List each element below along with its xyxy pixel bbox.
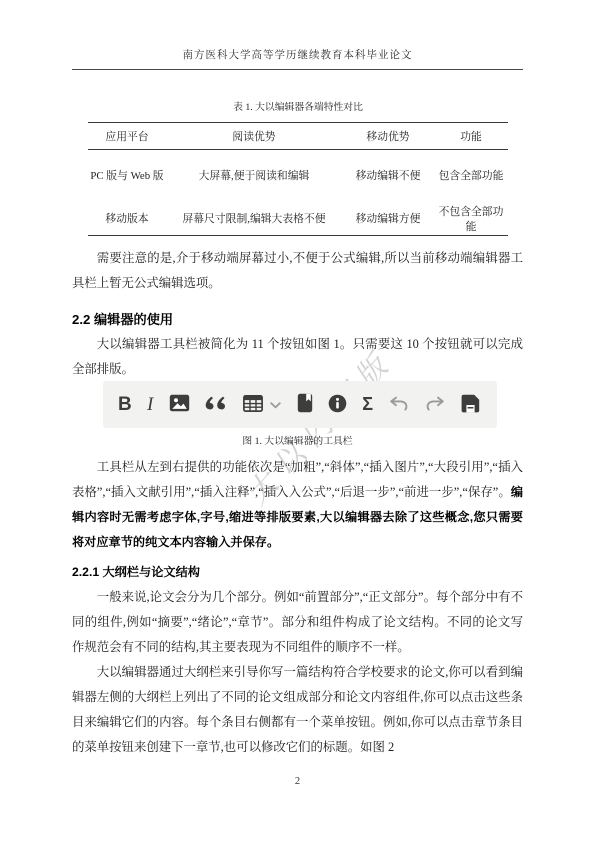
figure-caption: 图 1. 大以编辑器的工具栏 <box>72 433 523 447</box>
italic-icon: I <box>147 394 153 416</box>
table-cell: 不包含全部功能 <box>434 202 508 236</box>
column-header: 功能 <box>434 123 508 150</box>
column-header: 移动优势 <box>342 123 434 150</box>
editor-toolbar-figure: B I <box>103 381 497 428</box>
save-floppy-icon <box>461 394 480 416</box>
paragraph-toolbar-intro: 大以编辑器工具栏被简化为 11 个按钮如图 1。只需要这 10 个按钮就可以完成… <box>72 332 523 382</box>
chevron-down-icon <box>270 397 281 412</box>
column-header: 阅读优势 <box>166 123 342 150</box>
section-heading-2-2-1: 2.2.1 大纲栏与论文结构 <box>72 563 523 580</box>
insert-note-button[interactable] <box>328 390 347 420</box>
italic-button[interactable]: I <box>147 390 153 420</box>
thesis-page: 南方医科大学高等学历继续教育本科毕业论文 表 1. 大以编辑器各端特性对比 应用… <box>0 0 595 842</box>
book-bookmark-icon <box>297 393 313 416</box>
paragraph-thesis-structure: 一般来说,论文会分为几个部分。例如“前置部分”,“正文部分”。每个部分中有不同的… <box>72 585 523 660</box>
quote-icon <box>205 396 228 413</box>
bold-button[interactable]: B <box>118 390 132 420</box>
paragraph-toolbar-functions: 工具栏从左到右提供的功能依次是“加粗”,“斜体”,“插入图片”,“大段引用”,“… <box>72 455 523 555</box>
comparison-table: 应用平台 阅读优势 移动优势 功能 PC 版与 Web 版 大屏幕,便于阅读和编… <box>88 122 508 236</box>
table-cell: 移动编辑不便 <box>342 150 434 203</box>
insert-table-button[interactable] <box>243 390 263 420</box>
table-cell: 包含全部功能 <box>434 150 508 203</box>
paragraph-normal-run: 工具栏从左到右提供的功能依次是“加粗”,“斜体”,“插入图片”,“大段引用”,“… <box>72 460 523 499</box>
table-cell: 移动编辑方便 <box>342 202 434 236</box>
table-caption: 表 1. 大以编辑器各端特性对比 <box>88 99 508 113</box>
header-title: 南方医科大学高等学历继续教育本科毕业论文 <box>183 50 413 61</box>
blockquote-button[interactable] <box>205 390 228 420</box>
insert-formula-button[interactable]: Σ <box>362 390 373 420</box>
table-grid-icon <box>243 395 263 415</box>
table1-block: 表 1. 大以编辑器各端特性对比 应用平台 阅读优势 移动优势 功能 PC 版与… <box>88 99 508 236</box>
image-icon <box>169 394 190 415</box>
undo-icon <box>388 396 409 414</box>
section-heading-2-2: 2.2 编辑器的使用 <box>72 309 523 328</box>
table-header-row: 应用平台 阅读优势 移动优势 功能 <box>88 123 508 150</box>
save-button[interactable] <box>461 390 480 420</box>
table-cell: PC 版与 Web 版 <box>88 150 166 203</box>
table-row: 移动版本 屏幕尺寸限制,编辑大表格不便 移动编辑方便 不包含全部功能 <box>88 202 508 236</box>
column-header: 应用平台 <box>88 123 166 150</box>
info-circle-icon <box>328 394 347 416</box>
table-cell: 移动版本 <box>88 202 166 236</box>
sigma-icon: Σ <box>362 394 373 415</box>
paragraph-note: 需要注意的是,介于移动端屏幕过小,不便于公式编辑,所以当前移动端编辑器工具栏上暂… <box>72 246 523 296</box>
page-header: 南方医科大学高等学历继续教育本科毕业论文 <box>72 47 523 70</box>
redo-icon <box>425 396 446 414</box>
insert-citation-button[interactable] <box>297 390 313 420</box>
table-dropdown-button[interactable] <box>270 390 281 420</box>
paragraph-outline-bar: 大以编辑器通过大纲栏来引导你写一篇结构符合学校要求的论文,你可以看到编辑器左侧的… <box>72 660 523 760</box>
undo-button[interactable] <box>388 390 409 420</box>
insert-table-group <box>243 390 281 420</box>
insert-image-button[interactable] <box>169 390 190 420</box>
table-cell: 大屏幕,便于阅读和编辑 <box>166 150 342 203</box>
page-number: 2 <box>0 776 595 787</box>
bold-icon: B <box>118 394 132 416</box>
table-row: PC 版与 Web 版 大屏幕,便于阅读和编辑 移动编辑不便 包含全部功能 <box>88 150 508 203</box>
table-cell: 屏幕尺寸限制,编辑大表格不便 <box>166 202 342 236</box>
redo-button[interactable] <box>425 390 446 420</box>
